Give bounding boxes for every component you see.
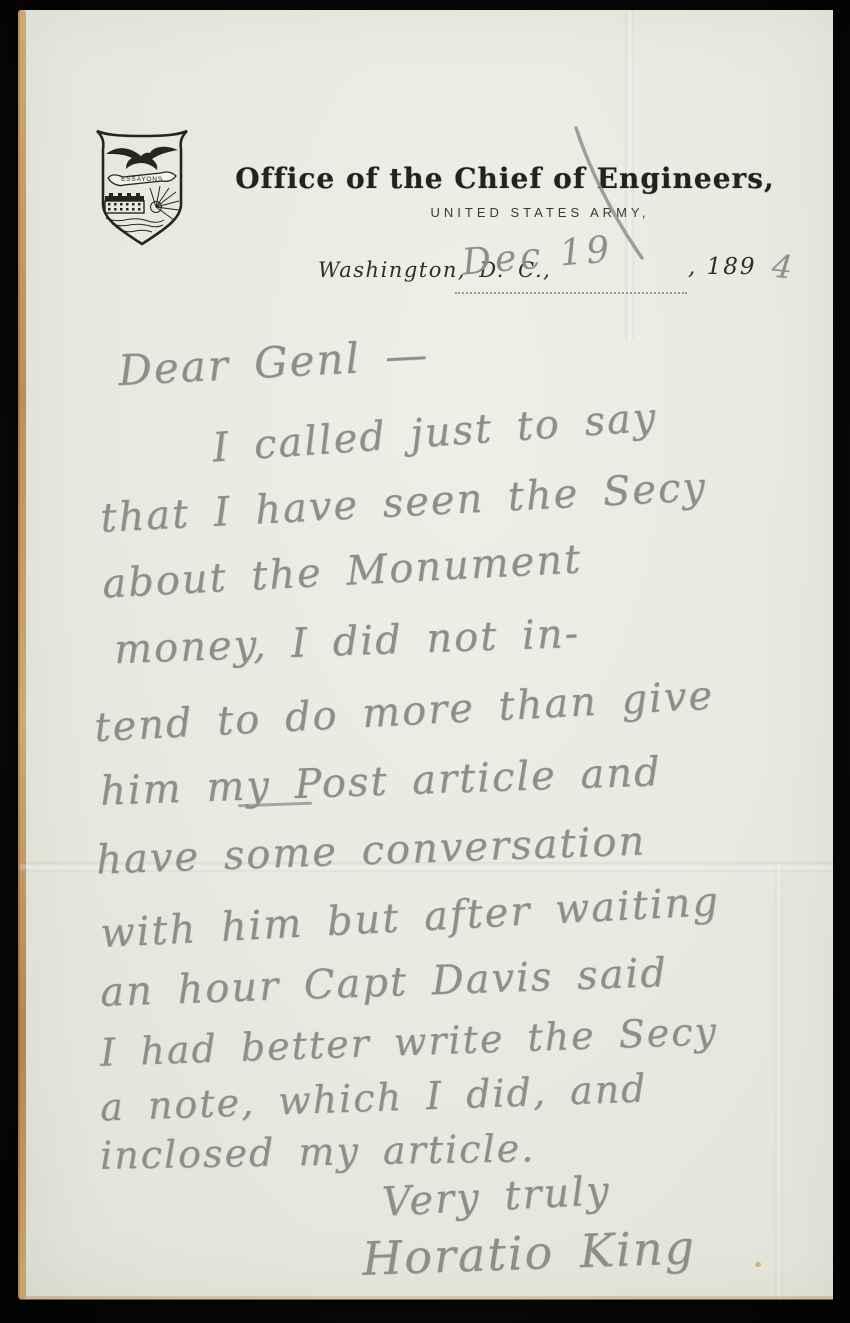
- handwritten-line: an hour Capt Davis said: [99, 950, 668, 1016]
- essayons-banner: ESSAYONS: [108, 172, 176, 186]
- closing: Very truly: [381, 1168, 612, 1226]
- salutation: Dear Genl —: [117, 330, 430, 395]
- paper-stain-spot: [755, 1262, 761, 1267]
- handwritten-line: that I have seen the Secy: [99, 464, 708, 542]
- handwritten-line: a note, which I did, and: [99, 1066, 648, 1129]
- vertical-fold-crease-bottom: [775, 862, 783, 1299]
- handwritten-line: about the Monument: [101, 536, 583, 607]
- letter-paper: ESSAYONS: [20, 10, 833, 1299]
- handwritten-line: inclosed my article.: [100, 1126, 536, 1178]
- handwritten-line: have some conversation: [95, 818, 647, 883]
- sun-icon: [150, 186, 179, 220]
- letterhead-title: Office of the Chief of Engineers,: [235, 162, 775, 195]
- handwritten-line: I called just to say: [211, 395, 659, 472]
- signature: Horatio King: [361, 1220, 697, 1286]
- dateline-year-printed: , 189: [688, 254, 757, 280]
- water-lines: [106, 218, 164, 232]
- handwritten-year-digit: 4: [770, 247, 794, 287]
- crest-shield-icon: ESSAYONS: [92, 128, 192, 252]
- photo-backdrop: ESSAYONS: [0, 0, 850, 1323]
- crest-motto: ESSAYONS: [121, 176, 163, 183]
- paper-deckled-edge-left: [18, 10, 26, 1299]
- handwritten-line: tend to do more than give: [93, 673, 715, 751]
- handwritten-line: him my Post article and: [99, 749, 662, 815]
- handwritten-line: with him but after waiting: [99, 879, 721, 957]
- fort-icon: [105, 193, 144, 213]
- paper-deckled-edge-bottom: [20, 1296, 833, 1300]
- handwritten-line: money, I did not in-: [113, 611, 580, 673]
- engineers-crest: ESSAYONS: [92, 128, 192, 256]
- eagle-icon: [106, 147, 178, 170]
- handwritten-line: I had better write the Secy: [99, 1009, 718, 1075]
